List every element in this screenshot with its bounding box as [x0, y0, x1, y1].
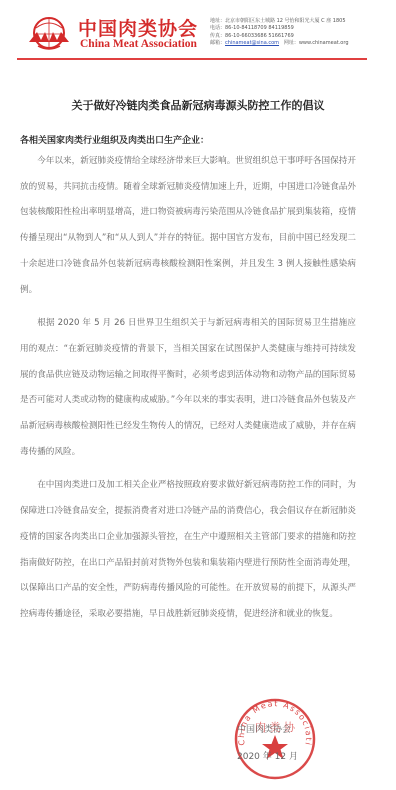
paragraph-3: 在中国肉类进口及加工相关企业严格按照政府要求做好新冠病毒防控工作的同时，为保障进… — [20, 473, 356, 627]
salutation: 各相关国家肉类行业组织及肉类出口生产企业： — [20, 133, 209, 146]
phone: 电话：86-10-84118709 84119859 — [210, 25, 349, 32]
signature-date: 2020 年 12 月 — [237, 749, 298, 762]
paragraph-2: 根据 2020 年 5 月 26 日世界卫生组织关于与新冠病毒相关的国际贸易卫生… — [20, 311, 356, 465]
email-website-line: 邮箱：chinameat@sina.com 网址：www.chinameat.o… — [210, 40, 349, 47]
contact-block: 地址：北京市朝阳区东土城路 12 号怡和阳光大厦 C 座 1805 电话：86-… — [210, 18, 349, 48]
header-divider — [17, 58, 367, 60]
org-name-en: China Meat Association — [80, 38, 197, 50]
paragraph-1: 今年以来，新冠肺炎疫情给全球经济带来巨大影响。世贸组织总干事呼吁各国保持开放的贸… — [20, 149, 356, 303]
signature-organization: 中国肉类协会 — [237, 722, 291, 735]
letterhead: 中国肉类协会 China Meat Association 地址：北京市朝阳区东… — [0, 0, 396, 64]
official-seal-icon: China Meat Association 肉 类 协 — [233, 697, 317, 781]
email-link[interactable]: chinameat@sina.com — [225, 40, 279, 46]
org-name-cn: 中国肉类协会 — [78, 14, 198, 41]
website: 网址：www.chinameat.org — [284, 40, 349, 46]
email-label: 邮箱： — [210, 40, 225, 46]
cma-logo-icon — [28, 16, 70, 54]
document-title: 关于做好冷链肉类食品新冠病毒源头防控工作的倡议 — [0, 97, 396, 113]
document-body: 今年以来，新冠肺炎疫情给全球经济带来巨大影响。世贸组织总干事呼吁各国保持开放的贸… — [20, 149, 356, 628]
